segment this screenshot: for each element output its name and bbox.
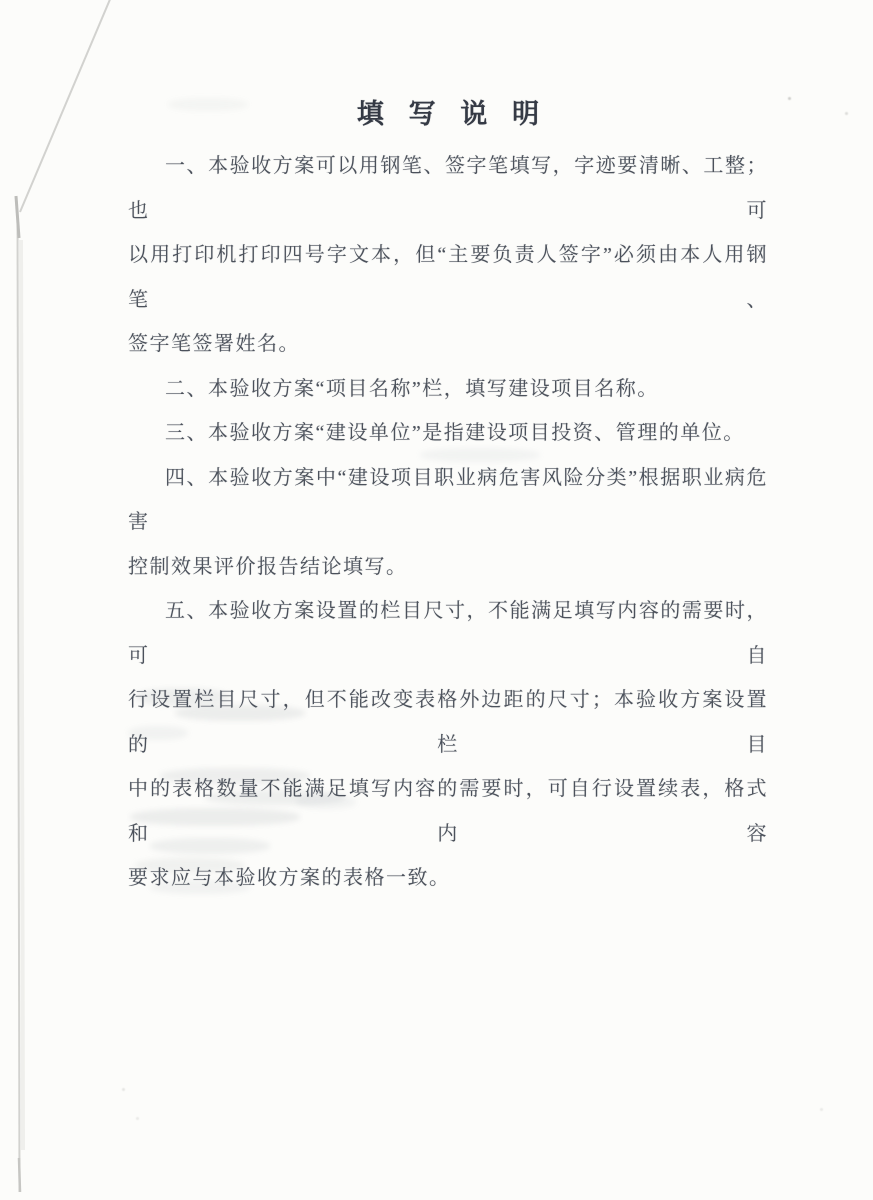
scan-speck (820, 1108, 823, 1111)
document-content: 填 写 说 明 一、本验收方案可以用钢笔、签字笔填写，字迹要清晰、工整；也可 以… (128, 94, 768, 901)
text-line: 以用打印机打印四号字文本，但“主要负责人签字”必须由本人用钢笔、 (128, 233, 768, 322)
text-line: 四、本验收方案中“建设项目职业病危害风险分类”根据职业病危害 (128, 456, 768, 545)
scan-speck (136, 1117, 139, 1120)
scan-speck (788, 97, 791, 100)
text-line: 行设置栏目尺寸，但不能改变表格外边距的尺寸；本验收方案设置的栏目 (128, 678, 768, 767)
text-line: 控制效果评价报告结论填写。 (128, 545, 768, 590)
page-edge-diagonal-line (20, 0, 111, 212)
scan-speck (122, 1088, 125, 1091)
scan-speck (845, 112, 848, 115)
page-edge-bottom-tip (19, 1158, 20, 1192)
scanned-document-page: 填 写 说 明 一、本验收方案可以用钢笔、签字笔填写，字迹要清晰、工整；也可 以… (0, 0, 873, 1200)
text-line: 二、本验收方案“项目名称”栏，填写建设项目名称。 (128, 367, 768, 412)
text-line: 签字笔签署姓名。 (128, 322, 768, 367)
page-edge-vertical-line (18, 210, 20, 1192)
text-line: 三、本验收方案“建设单位”是指建设项目投资、管理的单位。 (128, 411, 768, 456)
text-line: 五、本验收方案设置的栏目尺寸，不能满足填写内容的需要时，可自 (128, 589, 768, 678)
paragraph-1: 一、本验收方案可以用钢笔、签字笔填写，字迹要清晰、工整；也可 以用打印机打印四号… (128, 144, 768, 367)
text-line: 一、本验收方案可以用钢笔、签字笔填写，字迹要清晰、工整；也可 (128, 144, 768, 233)
paragraph-4: 四、本验收方案中“建设项目职业病危害风险分类”根据职业病危害 控制效果评价报告结… (128, 456, 768, 590)
page-edge-fold-dark-segment (16, 196, 19, 238)
paragraph-5: 五、本验收方案设置的栏目尺寸，不能满足填写内容的需要时，可自 行设置栏目尺寸，但… (128, 589, 768, 901)
paragraph-2: 二、本验收方案“项目名称”栏，填写建设项目名称。 (128, 367, 768, 412)
page-edge-soft-band (21, 240, 23, 1150)
text-line: 中的表格数量不能满足填写内容的需要时，可自行设置续表，格式和内容 (128, 767, 768, 856)
paragraph-3: 三、本验收方案“建设单位”是指建设项目投资、管理的单位。 (128, 411, 768, 456)
text-line: 要求应与本验收方案的表格一致。 (128, 856, 768, 901)
document-title: 填 写 说 明 (128, 94, 768, 134)
